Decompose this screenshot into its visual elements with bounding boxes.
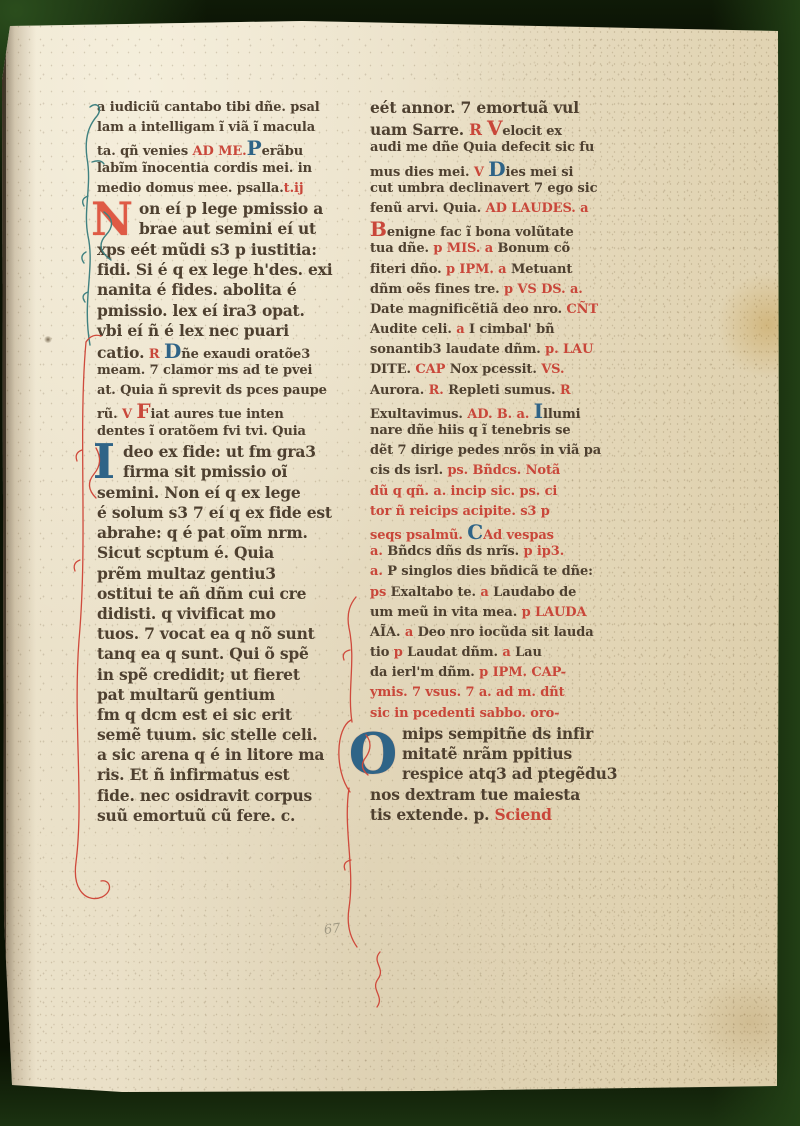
text-segment: Aurora. (370, 383, 429, 398)
text-segment: AD. B. a. (467, 407, 533, 422)
text-line: tua dñe. p MIS. a Bonum cõ (370, 239, 650, 259)
text-segment: erãbu (262, 144, 304, 159)
text-segment: seqs psalmũ. (370, 528, 467, 543)
text-segment: mus dies mei. (370, 165, 474, 180)
text-segment: ymis. 7 vsus. 7 a. ad m. dñt (370, 685, 565, 700)
text-segment: catio. (97, 343, 144, 362)
column-left: a iudiciũ cantabo tibi dñe. psallam a in… (97, 98, 365, 826)
text-line: a iudiciũ cantabo tibi dñe. psal (97, 98, 365, 118)
text-segment: p (394, 645, 407, 660)
text-block: Omips sempitñe ds infirmitatẽ nrãm ppiti… (370, 724, 650, 785)
text-segment: a iudiciũ cantabo tibi dñe. psal (97, 100, 320, 115)
text-line: vbi eí ñ é lex nec puari (97, 321, 365, 341)
text-line: é solum s3 7 eí q ex fide est (97, 503, 365, 523)
text-segment: Date magnificẽtiã deo nro. (370, 302, 566, 317)
text-line: nos dextram tue maiesta (370, 785, 650, 805)
text-segment: Metuant (511, 262, 572, 277)
text-segment: Nox pcessit. (450, 362, 541, 377)
text-segment: ostitui te añ dñm cui cre (97, 584, 306, 603)
binding-edge (2, 20, 6, 1092)
text-segment: R (469, 120, 487, 139)
text-segment: AD ME. (192, 144, 246, 159)
text-segment: Repleti sumus. (448, 383, 560, 398)
text-segment: a (405, 625, 418, 640)
text-line: a. Bñdcs dñs ds nrĩs. p ip3. (370, 542, 650, 562)
text-segment: I cimbal' bñ (469, 322, 555, 337)
text-segment: é solum s3 7 eí q ex fide est (97, 503, 332, 522)
text-segment: F (136, 399, 150, 423)
text-segment: cut umbra declinavert 7 ego sic (370, 181, 597, 196)
text-segment: p MIS. a (433, 241, 497, 256)
text-segment: CAP (415, 362, 449, 377)
text-segment: tua dñe. (370, 241, 433, 256)
text-line: tio p Laudat dñm. a Lau (370, 643, 650, 663)
text-block: Ideo ex fide: ut fm gra3firma sit pmissi… (97, 442, 365, 483)
text-segment: Audite celi. (370, 322, 456, 337)
text-line: xps eét mũdi s3 p iustitia: (97, 240, 365, 260)
text-segment: p IPM. a (446, 262, 511, 277)
text-line: prẽm multaz gentiu3 (97, 564, 365, 584)
text-segment: nare dñe hiis q ĩ tenebris se (370, 423, 571, 438)
text-segment: CÑT (566, 302, 598, 317)
text-segment: abrahe: q é pat oĩm nrm. (97, 523, 308, 542)
text-line: da ierl'm dñm. p IPM. CAP- (370, 663, 650, 683)
text-line: in spẽ credidit; ut fieret (97, 665, 365, 685)
text-segment: labĩm ĩnocentia cordis mei. in (97, 161, 312, 176)
text-segment: in spẽ credidit; ut fieret (97, 665, 300, 684)
text-segment: prẽm multaz gentiu3 (97, 564, 276, 583)
text-line: sic in pcedenti sabbo. oro- (370, 704, 650, 724)
text-line: Audite celi. a I cimbal' bñ (370, 320, 650, 340)
text-line: ymis. 7 vsus. 7 a. ad m. dñt (370, 683, 650, 703)
text-segment: tis extende. p. (370, 805, 495, 824)
text-segment: Bñdcs dñs ds nrĩs. (387, 544, 523, 559)
text-line: semini. Non eí q ex lege (97, 483, 365, 503)
text-line: dũ q qñ. a. incip sic. ps. ci (370, 482, 650, 502)
text-block: Non eí p lege pmissio abrae aut semini e… (97, 199, 365, 240)
text-line: pmissio. lex eí ira3 opat. (97, 301, 365, 321)
text-line: tuos. 7 vocat ea q nõ sunt (97, 624, 365, 644)
text-segment: suũ emortuũ cũ fere. c. (97, 806, 295, 825)
text-segment: ta. qñ venies (97, 144, 192, 159)
text-line: ostitui te añ dñm cui cre (97, 584, 365, 604)
text-line: nanita é fides. abolita é (97, 280, 365, 300)
text-block: nos dextram tue maiestatis extende. p. S… (370, 785, 650, 825)
text-segment: ñe exaudi oratõe3 (181, 347, 310, 362)
text-segment: tuos. 7 vocat ea q nõ sunt (97, 624, 315, 643)
text-segment: eét annor. 7 emortuã vul (370, 98, 579, 117)
text-segment: iat aures tue inten (150, 407, 283, 422)
text-line: Date magnificẽtiã deo nro. CÑT (370, 300, 650, 320)
text-line: AĨA. a Deo nro iocũda sit lauda (370, 623, 650, 643)
text-line: seqs psalmũ. CAd vespas (370, 522, 650, 542)
text-line: ps Exaltabo te. a Laudabo de (370, 583, 650, 603)
text-segment: p ip3. (524, 544, 565, 559)
text-line: brae aut semini eí ut (97, 219, 365, 239)
text-line: lam a intelligam ĩ viã ĩ macula (97, 118, 365, 138)
text-line: nare dñe hiis q ĩ tenebris se (370, 421, 650, 441)
text-line: um meũ in vita mea. p LAUDA (370, 603, 650, 623)
text-segment: C (467, 520, 483, 544)
text-line: mus dies mei. V Dies mei si (370, 159, 650, 179)
folio-number: 67 (323, 921, 341, 938)
text-segment: fenũ arvi. Quia. (370, 201, 486, 216)
text-segment: DITE. (370, 362, 415, 377)
text-segment: t.ij (284, 181, 304, 196)
text-segment: audi me dñe Quia defecit sic fu (370, 140, 594, 155)
text-line: on eí p lege pmissio a (97, 199, 365, 219)
text-segment: llumi (543, 407, 581, 422)
text-segment: a. (370, 544, 387, 559)
text-line: fm q dcm est ei sic erit (97, 705, 365, 725)
text-segment: Bonum cõ (498, 241, 571, 256)
text-segment: a sic arena q é in litore ma (97, 745, 324, 764)
text-line: eét annor. 7 emortuã vul (370, 98, 650, 118)
text-line: firma sit pmissio oĩ (97, 462, 365, 482)
text-segment: nanita é fides. abolita é (97, 280, 297, 299)
text-segment: dentes ĩ oratõem fvi tvi. Quia (97, 424, 306, 439)
text-line: tis extende. p. Sciend (370, 805, 650, 825)
text-segment: at. Quia ñ sprevit ds pces paupe (97, 383, 327, 398)
text-segment: pmissio. lex eí ira3 opat. (97, 301, 305, 320)
photo-background: a iudiciũ cantabo tibi dñe. psallam a in… (0, 0, 800, 1126)
text-segment: Laudat dñm. (407, 645, 502, 660)
text-segment: Lau (515, 645, 542, 660)
text-line: respice atq3 ad ptegẽdu3 (370, 764, 650, 784)
text-segment: da ierl'm dñm. (370, 665, 479, 680)
text-segment: cis ds isrl. (370, 463, 447, 478)
text-segment: um meũ in vita mea. (370, 605, 522, 620)
text-line: catio. R Dñe exaudi oratõe3 (97, 341, 365, 361)
text-line: mitatẽ nrãm ppitius (370, 744, 650, 764)
illuminated-initial-O: O (346, 724, 400, 785)
text-block: a iudiciũ cantabo tibi dñe. psallam a in… (97, 98, 365, 199)
text-segment: respice atq3 ad ptegẽdu3 (402, 764, 617, 783)
text-line: fiteri dño. p IPM. a Metuant (370, 260, 650, 280)
text-segment: V (487, 116, 502, 140)
text-segment: ies mei si (506, 165, 574, 180)
text-line: dẽt 7 dirige pedes nrõs in viã pa (370, 441, 650, 461)
text-line: dentes ĩ oratõem fvi tvi. Quia (97, 422, 365, 442)
text-segment: VS. (541, 362, 564, 377)
text-line: dñm oẽs fines tre. p VS DS. a. (370, 280, 650, 300)
text-line: labĩm ĩnocentia cordis mei. in (97, 159, 365, 179)
text-line: sonantib3 laudate dñm. p. LAU (370, 340, 650, 360)
parchment-texture-bottom (2, 813, 779, 1092)
text-segment: R (560, 383, 571, 398)
illuminated-initial-I: I (91, 442, 117, 483)
text-line: tanq ea q sunt. Qui õ spẽ (97, 644, 365, 664)
text-line: pat multarũ gentium (97, 685, 365, 705)
text-line: meam. 7 clamor ms ad te pvei (97, 361, 365, 381)
text-line: Aurora. R. Repleti sumus. R (370, 381, 650, 401)
text-segment: pat multarũ gentium (97, 685, 275, 704)
text-line: cis ds isrl. ps. Bñdcs. Notã (370, 461, 650, 481)
text-segment: a (480, 585, 493, 600)
text-segment: V (474, 165, 488, 180)
text-segment: a (502, 645, 515, 660)
text-segment: tor ñ reicips acipite. s3 p (370, 504, 550, 519)
text-segment: Sicut scptum é. Quia (97, 543, 274, 562)
text-segment: firma sit pmissio oĩ (123, 462, 287, 481)
text-segment: P singlos dies bñdicã te dñe: (387, 564, 593, 579)
text-segment: R (144, 347, 164, 362)
manuscript-page: a iudiciũ cantabo tibi dñe. psallam a in… (2, 20, 779, 1092)
text-segment: fiteri dño. (370, 262, 446, 277)
text-segment: fm q dcm est ei sic erit (97, 705, 292, 724)
ink-spot (44, 336, 52, 343)
text-segment: p. LAU (545, 342, 593, 357)
text-segment: ps (370, 585, 391, 600)
text-line: ris. Et ñ infirmatus est (97, 765, 365, 785)
text-segment: p IPM. CAP- (479, 665, 566, 680)
text-line: audi me dñe Quia defecit sic fu (370, 138, 650, 158)
text-line: Exultavimus. AD. B. a. Illumi (370, 401, 650, 421)
text-segment: sonantib3 laudate dñm. (370, 342, 545, 357)
text-line: mips sempitñe ds infir (370, 724, 650, 744)
text-segment: Exaltabo te. (391, 585, 481, 600)
text-segment: mips sempitñe ds infir (402, 724, 593, 743)
text-line: fide. nec osidravit corpus (97, 786, 365, 806)
text-segment: fidi. Si é q ex lege h'des. exi (97, 260, 332, 279)
text-line: suũ emortuũ cũ fere. c. (97, 806, 365, 826)
parchment-stain-bottom (690, 975, 800, 1070)
text-line: medio domus mee. psalla.t.ij (97, 179, 365, 199)
text-segment: AD LAUDES. a (486, 201, 589, 216)
text-block: eét annor. 7 emortuã vuluam Sarre. R Vel… (370, 98, 650, 724)
text-segment: deo ex fide: ut fm gra3 (123, 442, 316, 461)
text-segment: semini. Non eí q ex lege (97, 483, 301, 502)
text-segment: Deo nro iocũda sit lauda (418, 625, 594, 640)
text-segment: semẽ tuum. sic stelle celi. (97, 725, 317, 744)
text-segment: fide. nec osidravit corpus (97, 786, 312, 805)
text-segment: mitatẽ nrãm ppitius (402, 744, 572, 763)
text-segment: B (370, 217, 387, 241)
text-segment: rũ. (97, 407, 118, 422)
text-segment: Sciend (495, 805, 552, 824)
text-line: at. Quia ñ sprevit ds pces paupe (97, 381, 365, 401)
text-line: ta. qñ venies AD ME.Perãbu (97, 138, 365, 158)
text-segment: dñm oẽs fines tre. (370, 282, 504, 297)
column-right: eét annor. 7 emortuã vuluam Sarre. R Vel… (370, 98, 650, 825)
text-segment: Exultavimus. (370, 407, 467, 422)
text-segment: V (118, 407, 137, 422)
text-line: rũ. V Fiat aures tue inten (97, 401, 365, 421)
text-segment: vbi eí ñ é lex nec puari (97, 321, 289, 340)
text-segment: sic in pcedenti sabbo. oro- (370, 706, 559, 721)
text-segment: ps. Bñdcs. Notã (447, 463, 560, 478)
text-block: semini. Non eí q ex legeé solum s3 7 eí … (97, 483, 365, 826)
parchment-stain-right (715, 270, 800, 380)
text-line: Benigne fac ĩ bona volũtate (370, 219, 650, 239)
text-segment: Ad vespas (483, 528, 554, 543)
text-segment: elocit ex (502, 124, 562, 139)
text-block: xps eét mũdi s3 p iustitia:fidi. Si é q … (97, 240, 365, 442)
text-segment: I (534, 399, 543, 423)
text-segment: dũ q qñ. a. incip sic. ps. ci (370, 484, 557, 499)
text-line: cut umbra declinavert 7 ego sic (370, 179, 650, 199)
text-line: abrahe: q é pat oĩm nrm. (97, 523, 365, 543)
text-segment: dẽt 7 dirige pedes nrõs in viã pa (370, 443, 601, 458)
text-segment: brae aut semini eí ut (139, 219, 316, 238)
text-segment: ris. Et ñ infirmatus est (97, 765, 289, 784)
text-segment: xps eét mũdi s3 p iustitia: (97, 240, 317, 259)
text-line: tor ñ reicips acipite. s3 p (370, 502, 650, 522)
text-segment: Laudabo de (493, 585, 576, 600)
text-line: semẽ tuum. sic stelle celi. (97, 725, 365, 745)
text-segment: lam a intelligam ĩ viã ĩ macula (97, 120, 315, 135)
text-segment: P (247, 136, 262, 160)
text-segment: tanq ea q sunt. Qui õ spẽ (97, 644, 309, 663)
text-line: uam Sarre. R Velocit ex (370, 118, 650, 138)
text-segment: didisti. q vivificat mo (97, 604, 276, 623)
text-segment: nos dextram tue maiesta (370, 785, 580, 804)
text-segment: uam Sarre. (370, 120, 469, 139)
text-segment: enigne fac ĩ bona volũtate (387, 225, 574, 240)
text-segment: p LAUDA (522, 605, 587, 620)
text-segment: a. (370, 564, 387, 579)
text-segment: AĨA. (370, 625, 405, 640)
text-segment: D (164, 339, 181, 363)
text-line: Sicut scptum é. Quia (97, 543, 365, 563)
text-segment: D (488, 157, 505, 181)
text-segment: tio (370, 645, 394, 660)
text-segment: on eí p lege pmissio a (139, 199, 323, 218)
text-line: a. P singlos dies bñdicã te dñe: (370, 562, 650, 582)
text-line: a sic arena q é in litore ma (97, 745, 365, 765)
binding-gutter-shadow (2, 20, 36, 1092)
text-segment: p VS DS. a. (504, 282, 583, 297)
text-line: didisti. q vivificat mo (97, 604, 365, 624)
text-segment: R. (429, 383, 449, 398)
text-line: fenũ arvi. Quia. AD LAUDES. a (370, 199, 650, 219)
text-line: DITE. CAP Nox pcessit. VS. (370, 360, 650, 380)
text-line: deo ex fide: ut fm gra3 (97, 442, 365, 462)
text-line: fidi. Si é q ex lege h'des. exi (97, 260, 365, 280)
text-segment: a (456, 322, 469, 337)
illuminated-initial-N: N (87, 199, 137, 240)
text-segment: meam. 7 clamor ms ad te pvei (97, 363, 312, 378)
